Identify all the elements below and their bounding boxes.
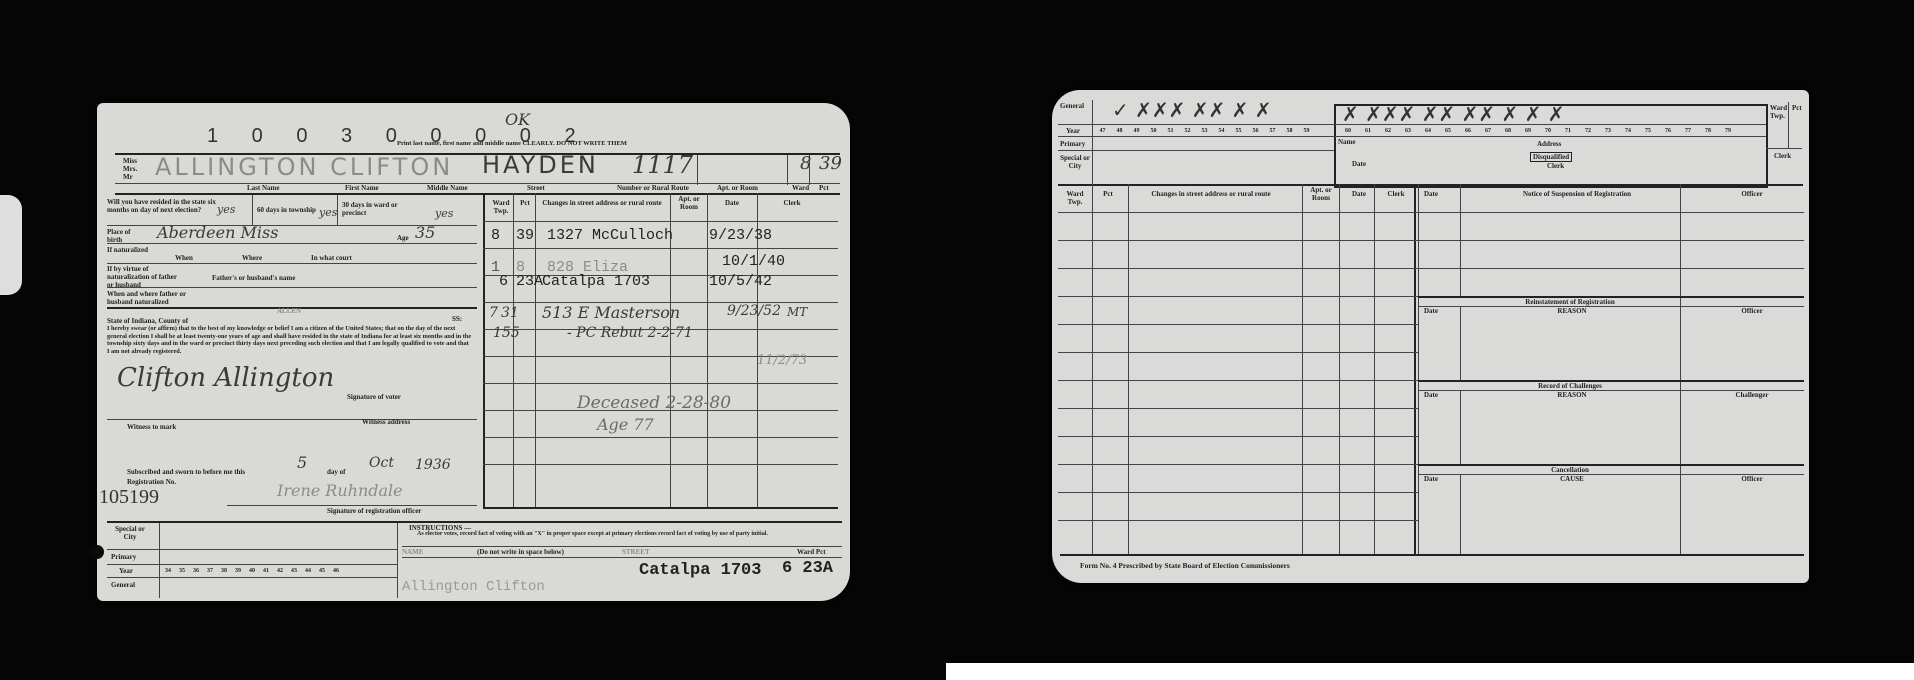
susp-th-date: Date (1424, 190, 1438, 198)
label-day-of: day of (327, 468, 345, 476)
label-street-bottom: STREET (622, 548, 650, 556)
row4-date: 9/23/52 (727, 303, 781, 319)
vote-marks-general-left: ✓ ✗✗✗ ✗✗ ✗ ✗ (1112, 98, 1272, 122)
row3-address: Catalpa 1703 (542, 273, 650, 290)
back-th-date: Date (1344, 190, 1374, 198)
row1-address: 1327 McCulloch (547, 227, 673, 244)
vote-marks-general-right: ✗ ✗✗✗ ✗✗ ✗✗ ✗ ✗ ✗ (1342, 102, 1564, 126)
q-township-answer: yes (319, 206, 337, 219)
chal-th-challenger: Challenger (1712, 391, 1792, 399)
row2-date: 10/1/40 (722, 253, 785, 270)
back-label-special: Special or City (1060, 154, 1090, 170)
th-clerk: Clerk (762, 199, 822, 207)
label-officer-signature: Signature of registration officer (327, 507, 421, 515)
label-when: When (175, 254, 193, 262)
registration-number: 105199 (99, 486, 159, 509)
q-township: 60 days in township (257, 206, 317, 214)
label-name-bottom: NAME (402, 548, 423, 556)
reinstatement-title: Reinstatement of Registration (1460, 298, 1680, 306)
row4-pct: 31 (501, 305, 519, 321)
label-court: In what court (311, 254, 352, 262)
oath-text: I hereby swear (or affirm) that to the b… (107, 325, 472, 355)
back-label-pct-top: Pct (1792, 104, 1802, 112)
registration-card-back: General Year Primary Special or City 474… (1052, 90, 1809, 583)
label-when-where: When and where father or husband natural… (107, 290, 187, 306)
grid-label-primary: Primary (111, 553, 136, 561)
th-apt: Apt. or Room (675, 195, 703, 211)
th-ward: Ward Twp. (489, 199, 513, 215)
label-first-name: First Name (345, 184, 379, 192)
subscribed-year: 1936 (415, 457, 451, 473)
th-date: Date (712, 199, 752, 207)
row3-date: 10/5/42 (709, 273, 772, 290)
susp-th-officer: Officer (1712, 190, 1792, 198)
label-ss: SS: (452, 315, 462, 323)
label-father-name: Father's or husband's name (212, 274, 295, 282)
q-state-residency: Will you have resided in the state six m… (107, 198, 217, 214)
viewer-bottom-strip (946, 663, 1914, 680)
label-apt: Apt. or Room (717, 184, 758, 192)
label-middle-name: Middle Name (427, 184, 468, 192)
street-name: HAYDEN (482, 151, 599, 179)
label-county: State of Indiana, County of (107, 317, 188, 325)
label-pct: Pct (819, 184, 829, 192)
age-note: Age 77 (597, 415, 654, 434)
typed-ward-pct: 6 23A (782, 559, 833, 578)
back-th-changes: Changes in street address or rural route (1136, 190, 1286, 198)
label-if-naturalized: If naturalized (107, 246, 157, 254)
voter-signature: Clifton Allington (117, 363, 334, 393)
registration-card-front: 1 0 0 3 0 0 0 0 2 Print last name, first… (97, 103, 850, 601)
ok-mark: OK (505, 110, 530, 129)
row6-date: 11/2/73 (757, 353, 807, 368)
back-years-left: 47484950515253545556575859 (1094, 127, 1315, 135)
row1-date: 9/23/38 (709, 227, 772, 244)
adjacent-card-edge (0, 195, 22, 295)
reinst-th-date: Date (1424, 307, 1438, 315)
q-state-answer: yes (217, 203, 235, 216)
age-value: 35 (415, 223, 435, 242)
back-th-pct: Pct (1096, 190, 1120, 198)
back-label-ward-top: Ward Twp. (1770, 104, 1788, 120)
grid-years: 34353637383940414243444546 (161, 567, 343, 575)
q-ward-answer: yes (435, 207, 453, 220)
row3-ward: 6 (499, 273, 508, 290)
label-registration-no: Registration No. (127, 478, 176, 486)
punch-hole (90, 545, 104, 559)
inner-label-address: Address (1537, 140, 1561, 148)
officer-signature: Irene Ruhndale (277, 481, 403, 500)
label-last-name: Last Name (247, 184, 279, 192)
cancel-th-cause: CAUSE (1472, 475, 1672, 483)
row4-ward: 7 (489, 305, 498, 321)
row1-pct: 39 (516, 227, 534, 244)
th-changes: Changes in street address or rural route (537, 199, 667, 207)
back-th-apt: Apt. or Room (1306, 186, 1336, 202)
header-instruction: Print last name, first name and middle n… (397, 140, 757, 148)
deceased-note: Deceased 2-28-80 (577, 393, 731, 413)
form-footer: Form No. 4 Prescribed by State Board of … (1080, 562, 1290, 570)
label-witness-address: Witness address (362, 418, 410, 426)
back-years-right: 6061626364656667686970717273747576777879 (1338, 127, 1738, 135)
back-label-clerk-top: Clerk (1774, 152, 1791, 160)
label-street: Street (527, 184, 545, 192)
th-pct: Pct (517, 199, 533, 207)
label-ward-pct-bottom: Ward Pct (797, 548, 826, 556)
cancel-th-officer: Officer (1712, 475, 1792, 483)
row5-note: - PC Rebut 2-2-71 (567, 325, 693, 341)
row4-clerk: MT (787, 305, 807, 319)
cancellation-title: Cancellation (1460, 466, 1680, 474)
label-by-virtue: If by virtue of naturalization of father… (107, 265, 177, 289)
inner-label-disqualified: Disqualified (1530, 152, 1572, 162)
back-label-year: Year (1066, 127, 1080, 135)
row4-address: 513 E Masterson (542, 303, 680, 322)
inner-label-name: Name (1338, 138, 1356, 146)
county-value: ALLEN (277, 307, 301, 315)
label-witness-mark: Witness to mark (127, 423, 176, 431)
typed-name: Allington Clifton (402, 579, 545, 595)
back-label-general: General (1060, 102, 1084, 110)
grid-label-year: Year (119, 567, 133, 575)
label-do-not-write: (Do not write in space below) (477, 548, 564, 556)
instructions-text: As elector votes, record fact of voting … (417, 531, 817, 538)
chal-th-date: Date (1424, 391, 1438, 399)
voter-name: ALLINGTON CLIFTON (155, 153, 453, 181)
back-th-ward: Ward Twp. (1062, 190, 1088, 206)
back-th-clerk: Clerk (1379, 190, 1413, 198)
row5-pct: 155 (493, 325, 520, 341)
grid-label-special: Special or City (111, 525, 149, 541)
typed-address: Catalpa 1703 (639, 561, 761, 580)
reinst-th-reason: REASON (1472, 307, 1672, 315)
pct-value: 39 (819, 153, 842, 174)
label-number: Number or Rural Route (617, 184, 689, 192)
label-signature-voter: Signature of voter (347, 393, 401, 401)
grid-label-general: General (111, 581, 135, 589)
label-ward: Ward (792, 184, 809, 192)
susp-th-notice: Notice of Suspension of Registration (1472, 190, 1682, 198)
reinst-th-officer: Officer (1712, 307, 1792, 315)
challenges-title: Record of Challenges (1460, 382, 1680, 390)
birthplace-value: Aberdeen Miss (157, 223, 278, 242)
subscribed-day: 5 (297, 453, 307, 472)
salutation-labels: Miss Mrs. Mr (123, 157, 137, 181)
row1-ward: 8 (491, 227, 500, 244)
label-where: Where (242, 254, 262, 262)
chal-th-reason: REASON (1472, 391, 1672, 399)
subscribed-month: Oct (369, 455, 394, 471)
label-age: Age (397, 234, 409, 242)
row3-pct: 23A (516, 273, 543, 290)
inner-label-clerk: Clerk (1547, 162, 1564, 170)
house-number: 1117 (632, 151, 693, 179)
cancel-th-date: Date (1424, 475, 1438, 483)
back-label-primary: Primary (1060, 140, 1085, 148)
q-ward: 30 days in ward or precinct (342, 201, 412, 217)
inner-label-date: Date (1352, 160, 1366, 168)
label-subscribed: Subscribed and sworn to before me this (127, 468, 245, 476)
label-birthplace: Place of birth (107, 228, 147, 244)
